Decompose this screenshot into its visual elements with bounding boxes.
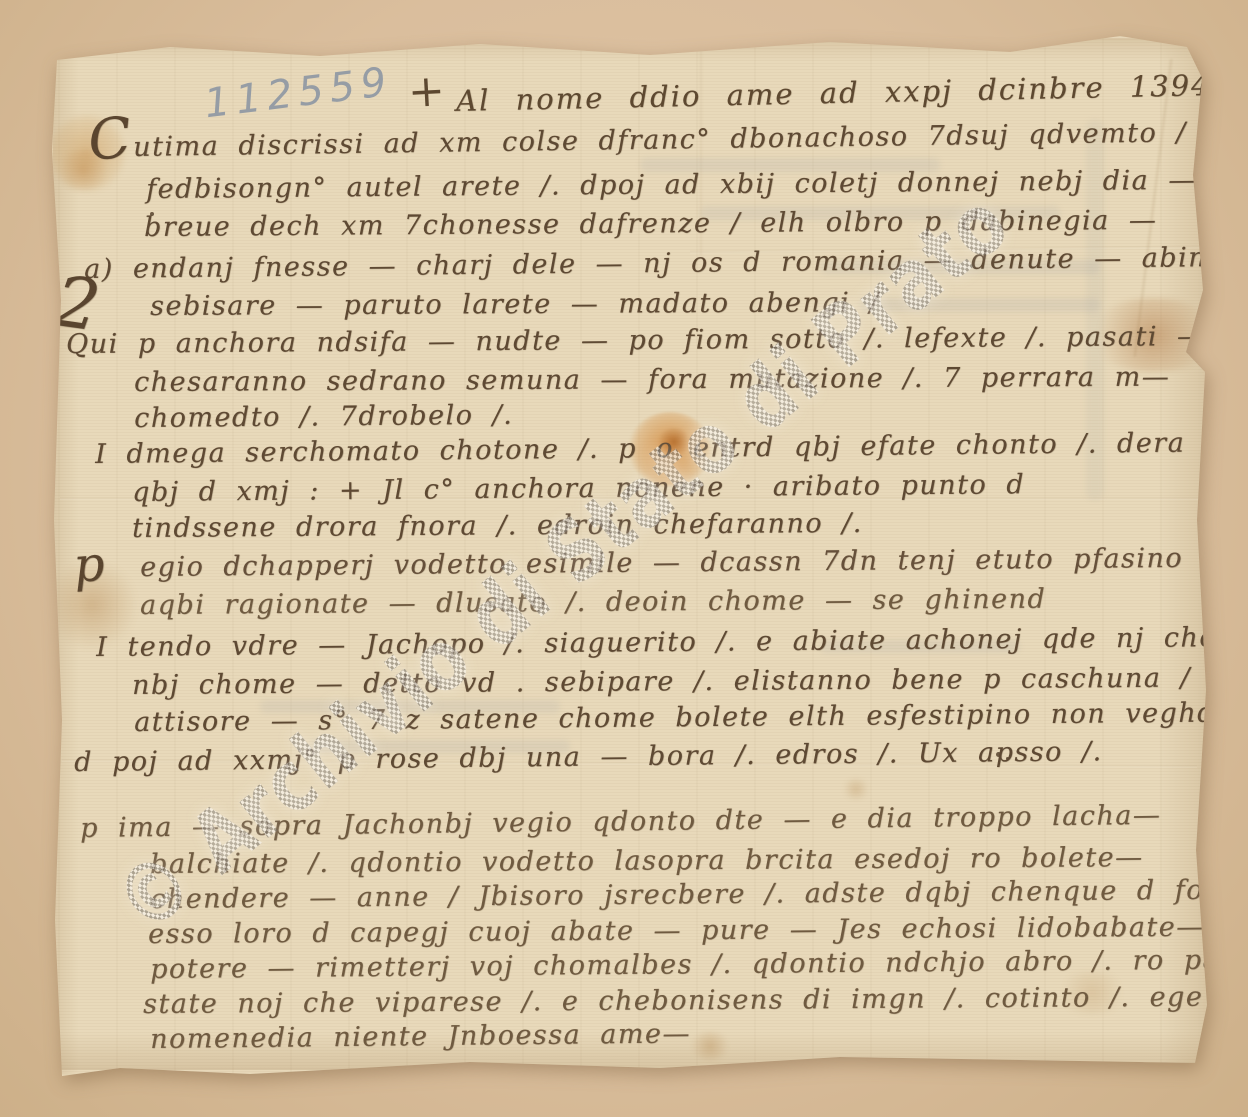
paper-sheet-wrapper: 112559 + Al nome ddio ame ad xxpj dcinbr… xyxy=(0,0,1248,1117)
manuscript-scan-page: { "scan": { "archival_number": "112559",… xyxy=(0,0,1248,1117)
manuscript-line: chomedto /. 7drobelo /. xyxy=(134,402,513,432)
manuscript-line: chesaranno sedrano semuna — fora mutazio… xyxy=(134,364,1170,396)
paper-sheet: 112559 + Al nome ddio ame ad xxpj dcinbr… xyxy=(0,0,1248,1117)
manuscript-line: aqbi ragionate — dlusato /. deoin chome … xyxy=(140,586,1046,619)
manuscript-line: nbj chome — detto vd . sebipare /. elist… xyxy=(132,665,1191,699)
manuscript-line: balchiate /. qdontio vodetto lasopra brc… xyxy=(150,844,1144,878)
margin-initial: 2 xyxy=(50,266,104,342)
manuscript-line: Qui p anchora ndsifa — nudte — po fiom s… xyxy=(66,323,1235,358)
manuscript-line: breue dech xm 7chonesse dafrenze / elh o… xyxy=(144,207,1157,241)
showthrough-mark xyxy=(860,298,1100,312)
cross-icon: + xyxy=(407,65,446,118)
manuscript-line: sebisare — paruto larete — madato abengi… xyxy=(150,289,880,320)
manuscript-line: esso loro d capegj cuoj abate — pure — J… xyxy=(148,914,1205,948)
manuscript-line: state noj che viparese /. e chebonisens … xyxy=(143,983,1248,1018)
margin-initial: C xyxy=(86,110,134,170)
manuscript-line: tindssene drora fnora /. edroin chefaran… xyxy=(132,510,863,542)
manuscript-line: nomenedia niente Jnboessa ame— xyxy=(150,1020,691,1053)
margin-initial: p xyxy=(72,540,106,590)
manuscript-line: qbj d xmj : + Jl c° anchora nonene · ari… xyxy=(132,471,1025,506)
